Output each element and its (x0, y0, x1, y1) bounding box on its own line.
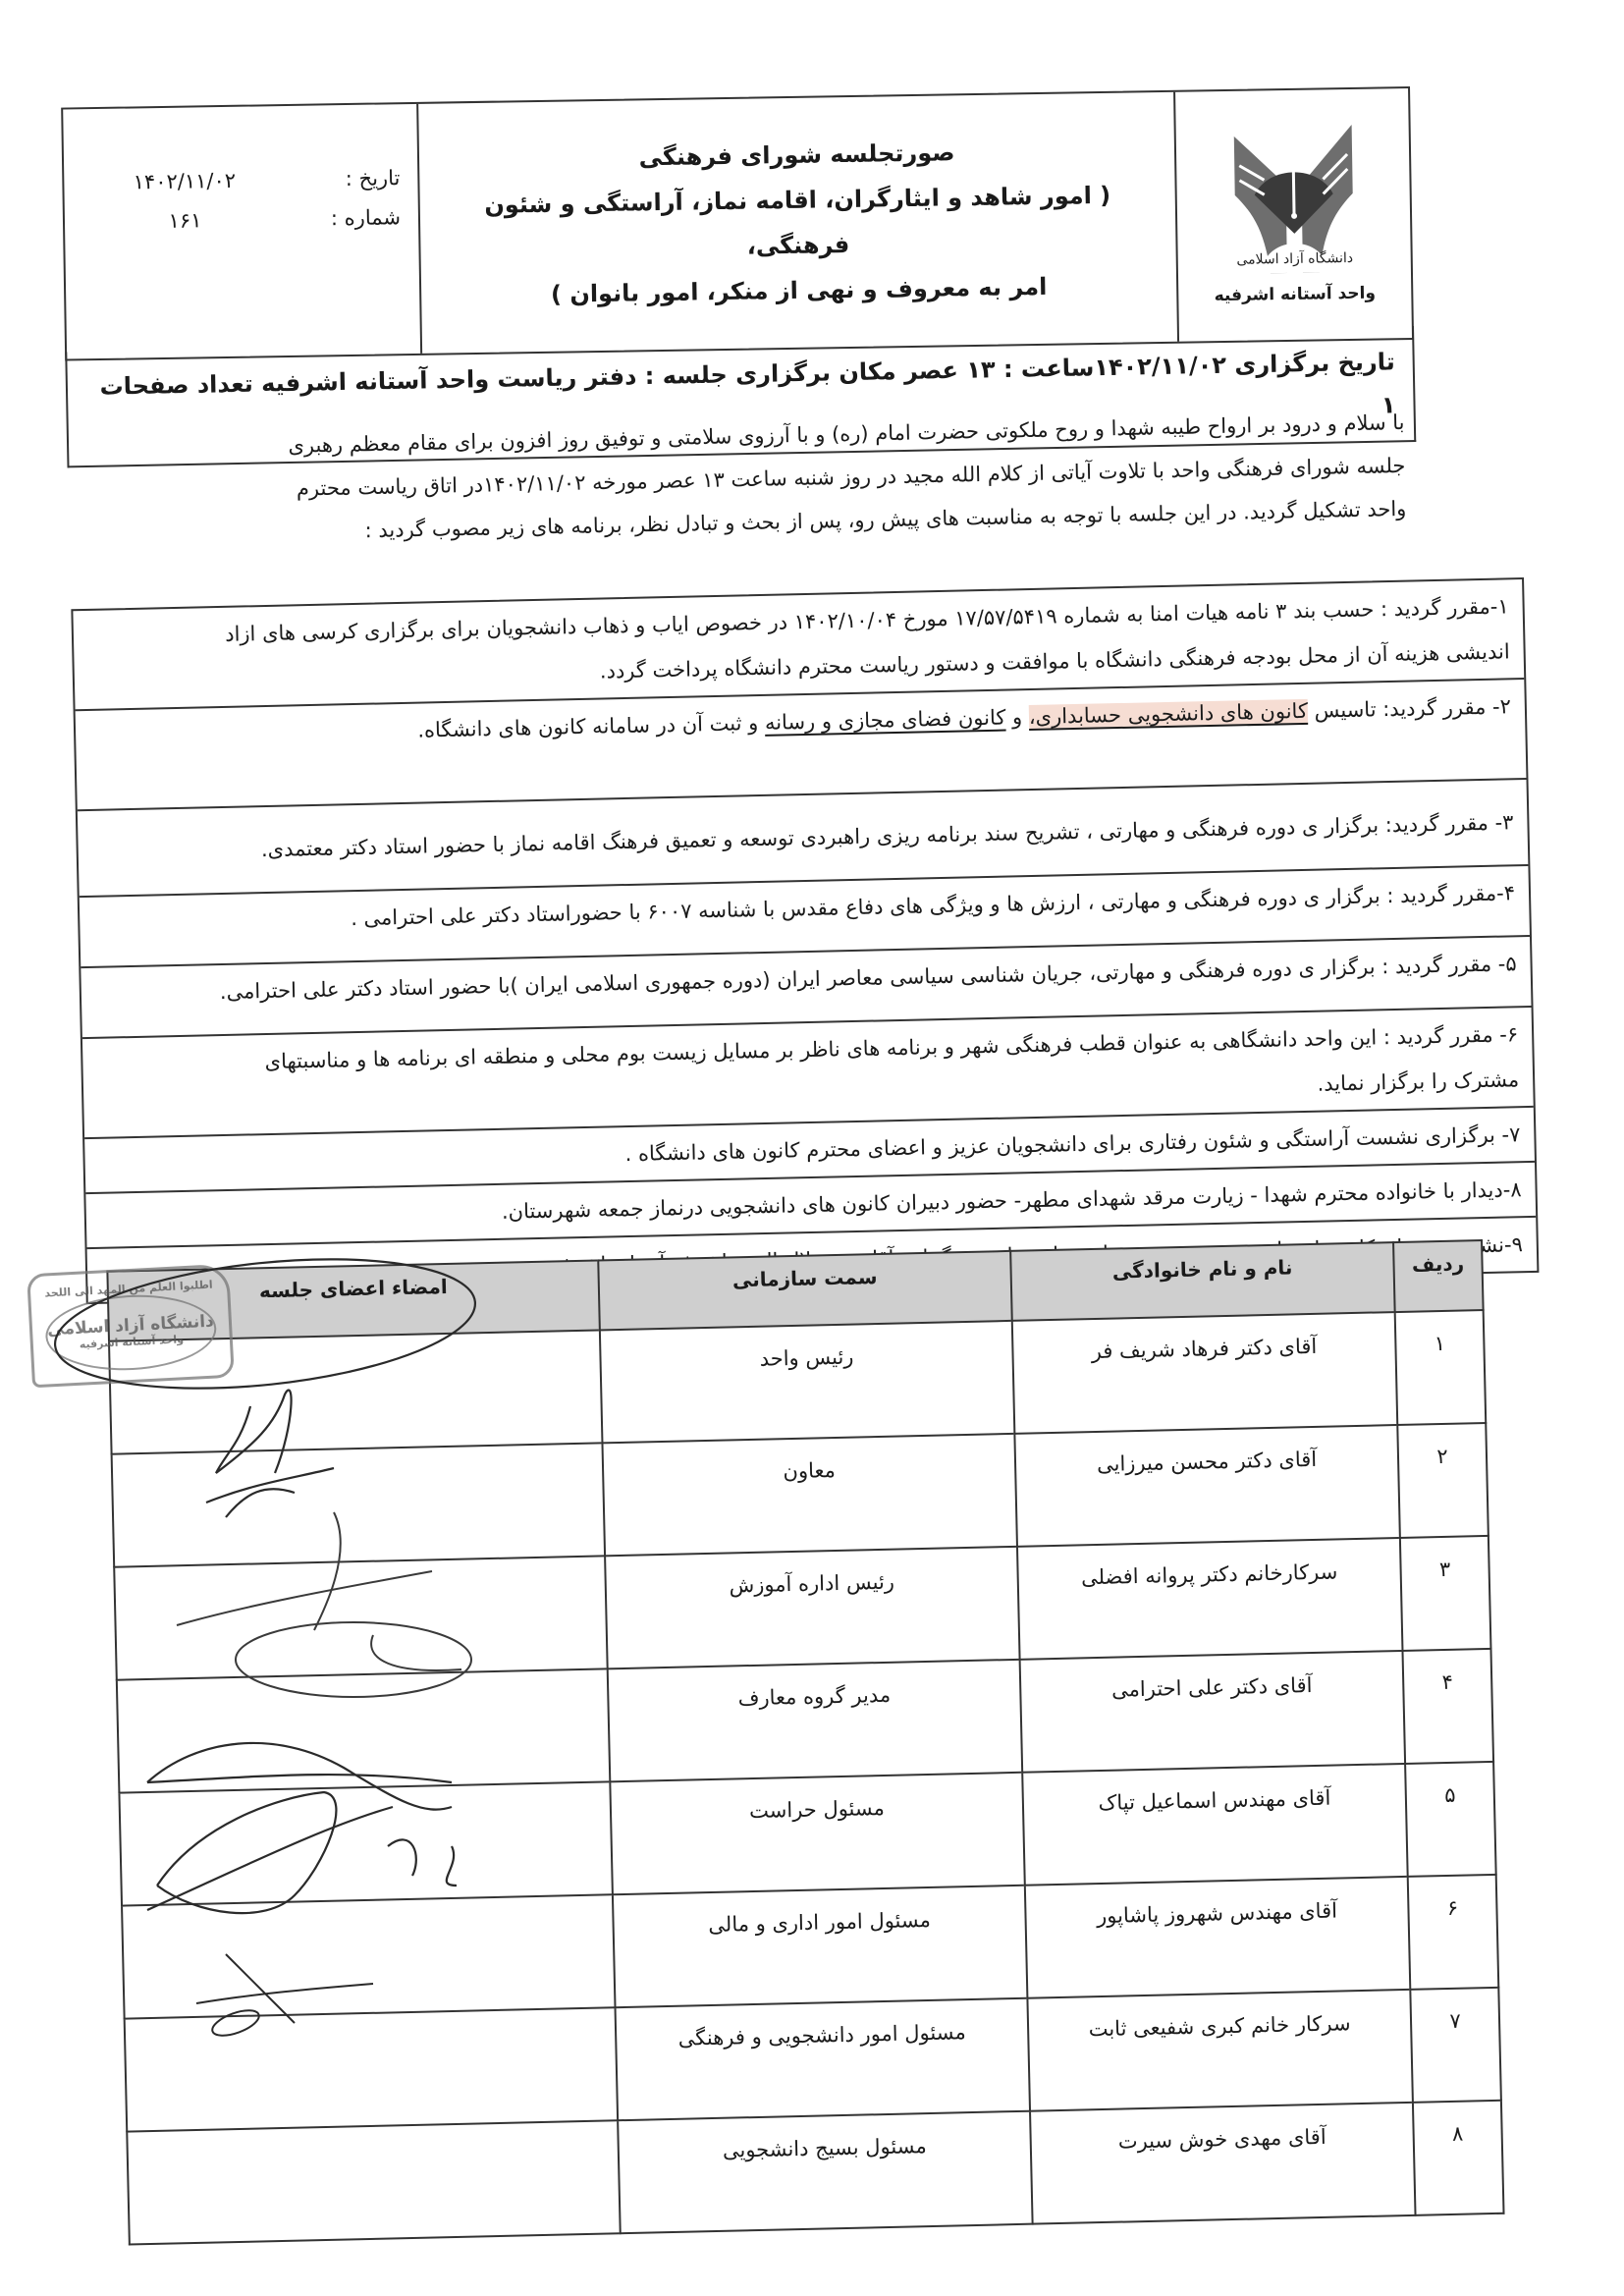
row-number: ۵ (1405, 1762, 1496, 1877)
member-position: رئیس واحد (600, 1321, 1015, 1443)
row-number: ۱ (1395, 1310, 1487, 1425)
document-page: دانشگاه آزاد اسلامی واحد آستانه اشرفیه ص… (0, 0, 1624, 2296)
number-row: شماره : ۱۶۱ (65, 197, 419, 243)
logo-caption: واحد آستانه اشرفیه (1214, 284, 1376, 306)
header-name: نام و نام خانوادگی (1010, 1242, 1395, 1321)
member-position: رئیس اداره آموزش (605, 1547, 1020, 1668)
row-number: ۴ (1402, 1649, 1493, 1764)
signature-cell (127, 2120, 620, 2244)
row-number: ۸ (1413, 2101, 1504, 2215)
official-stamp: اطلبوا العلم من المهد الی اللحد دانشگاه … (27, 1264, 235, 1389)
member-name: آقای مهدی خوش سیرت (1030, 2103, 1416, 2224)
number-label: شماره : (288, 197, 402, 239)
intro-paragraph: با سلام و درود بر ارواح طیبه شهدا و روح … (177, 401, 1406, 556)
member-position: مدیر گروه معارف (608, 1660, 1023, 1781)
member-position: مسئول امور اداری و مالی (613, 1886, 1028, 2007)
underlined-text: کانون فضای مجازی و رسانه (765, 706, 1006, 735)
svg-text:دانشگاه آزاد اسلامی: دانشگاه آزاد اسلامی (1236, 249, 1353, 268)
header-row-number: ردیف (1393, 1240, 1484, 1312)
document-header: دانشگاه آزاد اسلامی واحد آستانه اشرفیه ص… (61, 86, 1414, 361)
number-value: ۱۶۱ (82, 199, 289, 242)
member-name: آقای دکتر علی احترامی (1020, 1651, 1406, 1773)
member-name: سرکار خانم کبری شفیعی ثابت (1027, 1990, 1413, 2111)
members-table: ردیف نام و نام خانوادگی سمت سازمانی امضا… (106, 1239, 1504, 2246)
row-number: ۳ (1400, 1536, 1491, 1651)
signature-cell (117, 1668, 610, 1792)
member-name: آقای مهندس اسماعیل تپاک (1022, 1764, 1408, 1886)
document-subtitle-line-1: ( امور شاهد و ایثارگران، اقامه نماز، آرا… (429, 172, 1165, 274)
member-name: سرکارخانم دکتر پروانه افضلی (1017, 1538, 1403, 1660)
date-row: تاریخ : ۱۴۰۲/۱۱/۰۲ (64, 158, 418, 203)
row-number: ۶ (1408, 1875, 1499, 1990)
signature-cell (112, 1443, 605, 1566)
member-position: مسئول حراست (610, 1773, 1025, 1894)
document-subtitle-line-2: امر به معروف و نهی از منکر، امور بانوان … (551, 264, 1048, 317)
logo-cell: دانشگاه آزاد اسلامی واحد آستانه اشرفیه (1173, 88, 1412, 342)
resolutions-list: ۱-مقرر گردید : حسب بند ۳ نامه هیات امنا … (71, 577, 1539, 1304)
member-position: مسئول امور دانشجویی و فرهنگی (616, 1998, 1031, 2120)
document-title: صورتجلسه شورای فرهنگی (638, 130, 955, 180)
member-name: آقای دکتر محسن میرزایی (1014, 1425, 1400, 1547)
row-number: ۷ (1410, 1988, 1501, 2103)
signature-cell (119, 1781, 612, 1905)
signature-cell (114, 1556, 607, 1679)
member-name: آقای مهندس شهروز پاشاپور (1025, 1877, 1411, 1998)
azad-university-emblem-icon: دانشگاه آزاد اسلامی (1223, 125, 1363, 284)
signature-cell (122, 1894, 615, 2018)
signature-cell (125, 2007, 618, 2131)
row-number: ۲ (1397, 1423, 1489, 1538)
date-value: ۱۴۰۲/۱۱/۰۲ (81, 160, 288, 202)
date-label: تاریخ : (287, 158, 401, 199)
member-position: معاون (602, 1434, 1017, 1556)
stamp-oval: دانشگاه آزاد اسلامی واحد آستانه اشرفیه (43, 1290, 218, 1374)
title-cell: صورتجلسه شورای فرهنگی ( امور شاهد و ایثا… (416, 92, 1177, 354)
highlighted-text: کانون های دانشجویی حسابداری، (1029, 699, 1309, 729)
header-position: سمت سازمانی (598, 1251, 1012, 1331)
member-position: مسئول بسیج دانشجویی (618, 2111, 1033, 2233)
member-name: آقای دکتر فرهاد شریف فر (1012, 1312, 1398, 1434)
meta-cell: تاریخ : ۱۴۰۲/۱۱/۰۲ شماره : ۱۶۱ (63, 104, 420, 359)
